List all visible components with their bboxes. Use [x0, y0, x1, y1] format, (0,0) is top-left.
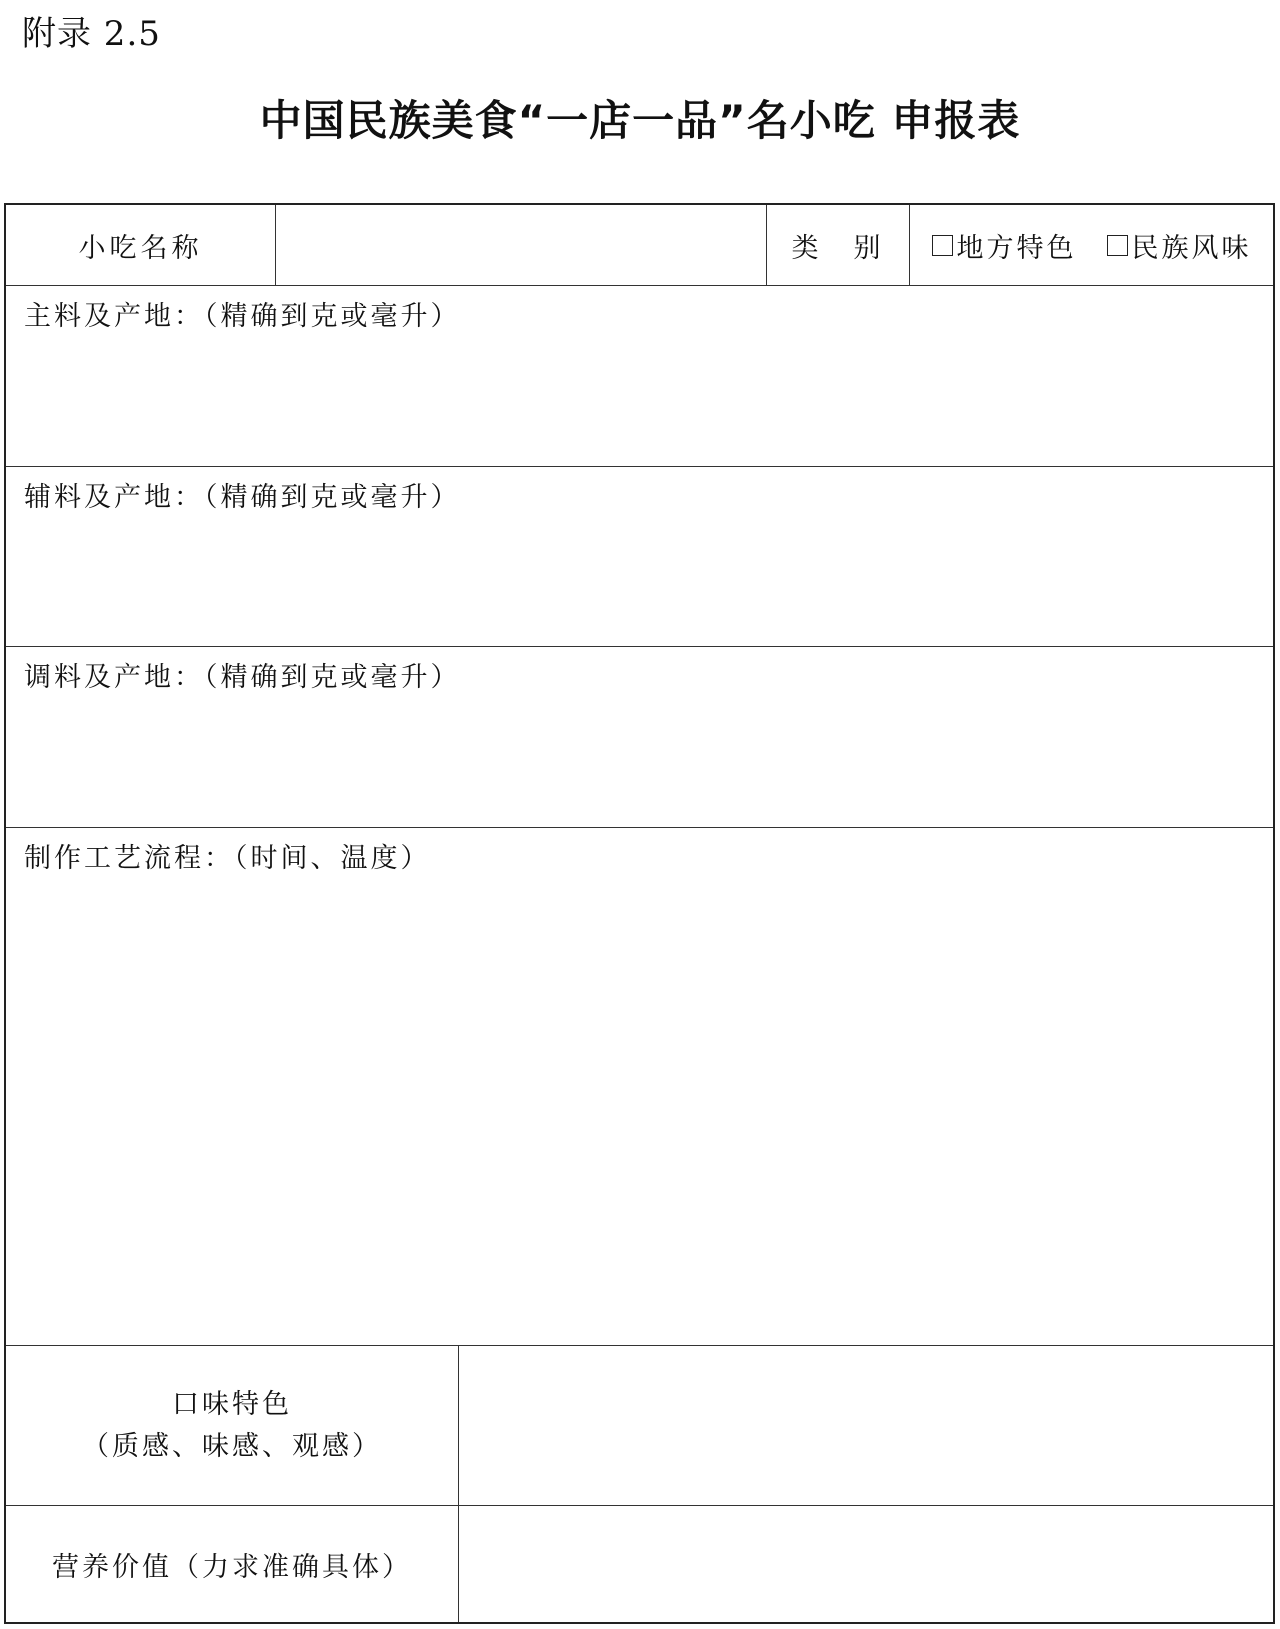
seasonings-field[interactable]: 调料及产地：（精确到克或毫升） — [6, 647, 1273, 828]
process-label: 制作工艺流程：（时间、温度） — [24, 836, 431, 875]
application-form: 小吃名称 类 别 地方特色 民族风味 主料及产地：（精确到克或毫升） 辅料及产地… — [4, 203, 1275, 1624]
nutrition-field[interactable] — [459, 1506, 1273, 1622]
row-name-category: 小吃名称 类 别 地方特色 民族风味 — [6, 205, 1273, 286]
nutrition-label: 营养价值（力求准确具体） — [52, 1545, 412, 1584]
taste-label: 口味特色 — [82, 1384, 382, 1426]
taste-sublabel: （质感、味感、观感） — [82, 1426, 382, 1468]
category-option-ethnic[interactable]: 民族风味 — [1107, 226, 1252, 265]
checkbox-icon[interactable] — [932, 235, 953, 256]
checkbox-icon[interactable] — [1107, 235, 1128, 256]
page-title: 中国民族美食“一店一品”名小吃 申报表 — [0, 88, 1280, 148]
seasonings-label: 调料及产地：（精确到克或毫升） — [24, 655, 461, 694]
taste-field[interactable] — [459, 1346, 1273, 1505]
category-options: 地方特色 民族风味 — [910, 205, 1273, 285]
snack-name-field[interactable] — [276, 205, 767, 285]
main-ingredients-label: 主料及产地：（精确到克或毫升） — [24, 294, 461, 333]
row-taste: 口味特色 （质感、味感、观感） — [6, 1346, 1273, 1506]
auxiliary-ingredients-field[interactable]: 辅料及产地：（精确到克或毫升） — [6, 467, 1273, 647]
nutrition-label-cell: 营养价值（力求准确具体） — [6, 1506, 459, 1622]
category-option-local[interactable]: 地方特色 — [932, 226, 1077, 265]
category-label-cell: 类 别 — [767, 205, 910, 285]
main-ingredients-field[interactable]: 主料及产地：（精确到克或毫升） — [6, 286, 1273, 467]
taste-label-cell: 口味特色 （质感、味感、观感） — [6, 1346, 459, 1505]
row-nutrition: 营养价值（力求准确具体） — [6, 1506, 1273, 1622]
auxiliary-ingredients-label: 辅料及产地：（精确到克或毫升） — [24, 475, 461, 514]
snack-name-label-cell: 小吃名称 — [6, 205, 276, 285]
appendix-label: 附录 2.5 — [22, 6, 161, 55]
process-field[interactable]: 制作工艺流程：（时间、温度） — [6, 828, 1273, 1346]
snack-name-label: 小吃名称 — [79, 226, 203, 265]
category-label: 类 别 — [792, 226, 885, 265]
